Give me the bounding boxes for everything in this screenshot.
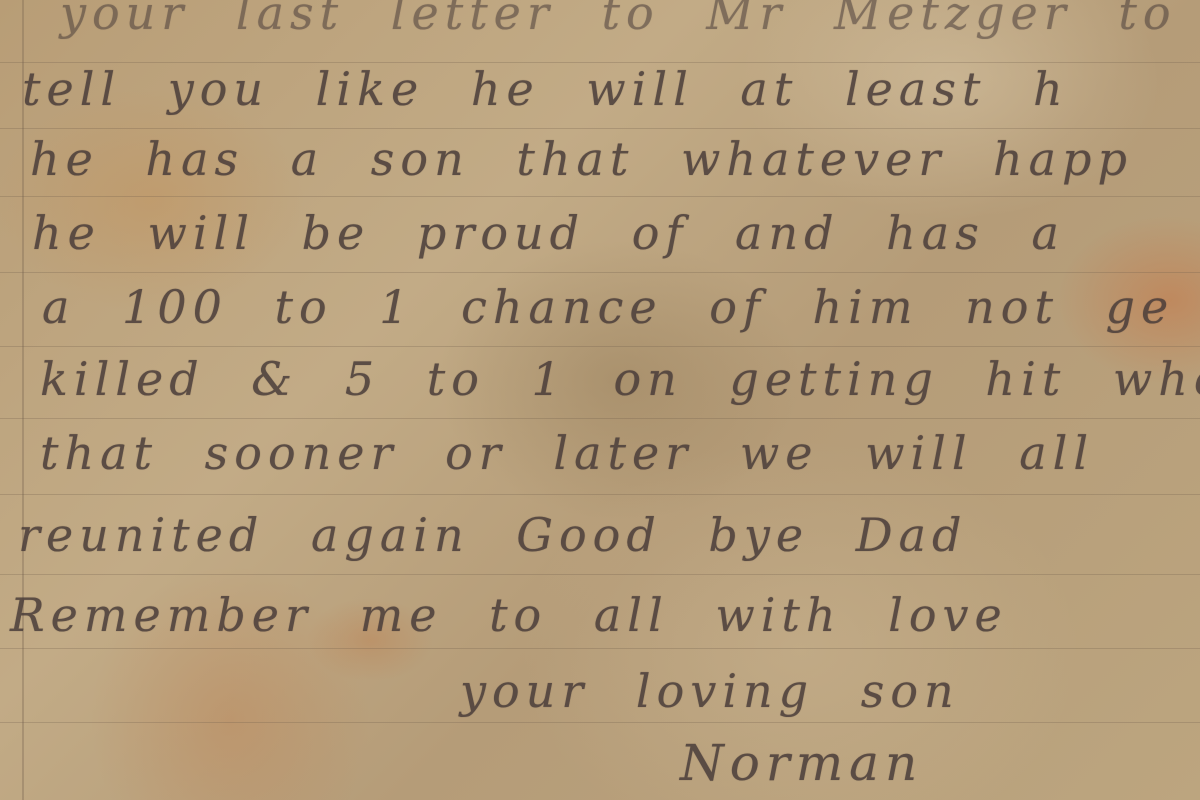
ruled-line [0,128,1200,129]
ruled-line [0,272,1200,273]
letter-line-7: that sooner or later we will all [40,426,1094,480]
ruled-line [0,574,1200,575]
letter-line-2: tell you like he will at least h [22,62,1069,116]
letter-closing: your loving son [460,664,960,718]
margin-line [22,0,24,800]
ruled-line [0,494,1200,495]
letter-line-5: a 100 to 1 chance of him not ge [42,280,1174,334]
letter-signature: Norman [680,734,923,792]
letter-line-4: he will be proud of and has a [32,206,1065,260]
ruled-line [0,418,1200,419]
letter-line-3: he has a son that whatever happ [30,132,1133,186]
ruled-line [0,196,1200,197]
letter-line-9: Remember me to all with love [10,588,1008,642]
letter-line-8: reunited again Good bye Dad [18,508,967,562]
ruled-line [0,648,1200,649]
ruled-line [0,722,1200,723]
letter-line-6: killed & 5 to 1 on getting hit who kno [40,352,1200,406]
letter-line-1: your last letter to Mr Metzger to re [60,0,1200,40]
ruled-line [0,346,1200,347]
